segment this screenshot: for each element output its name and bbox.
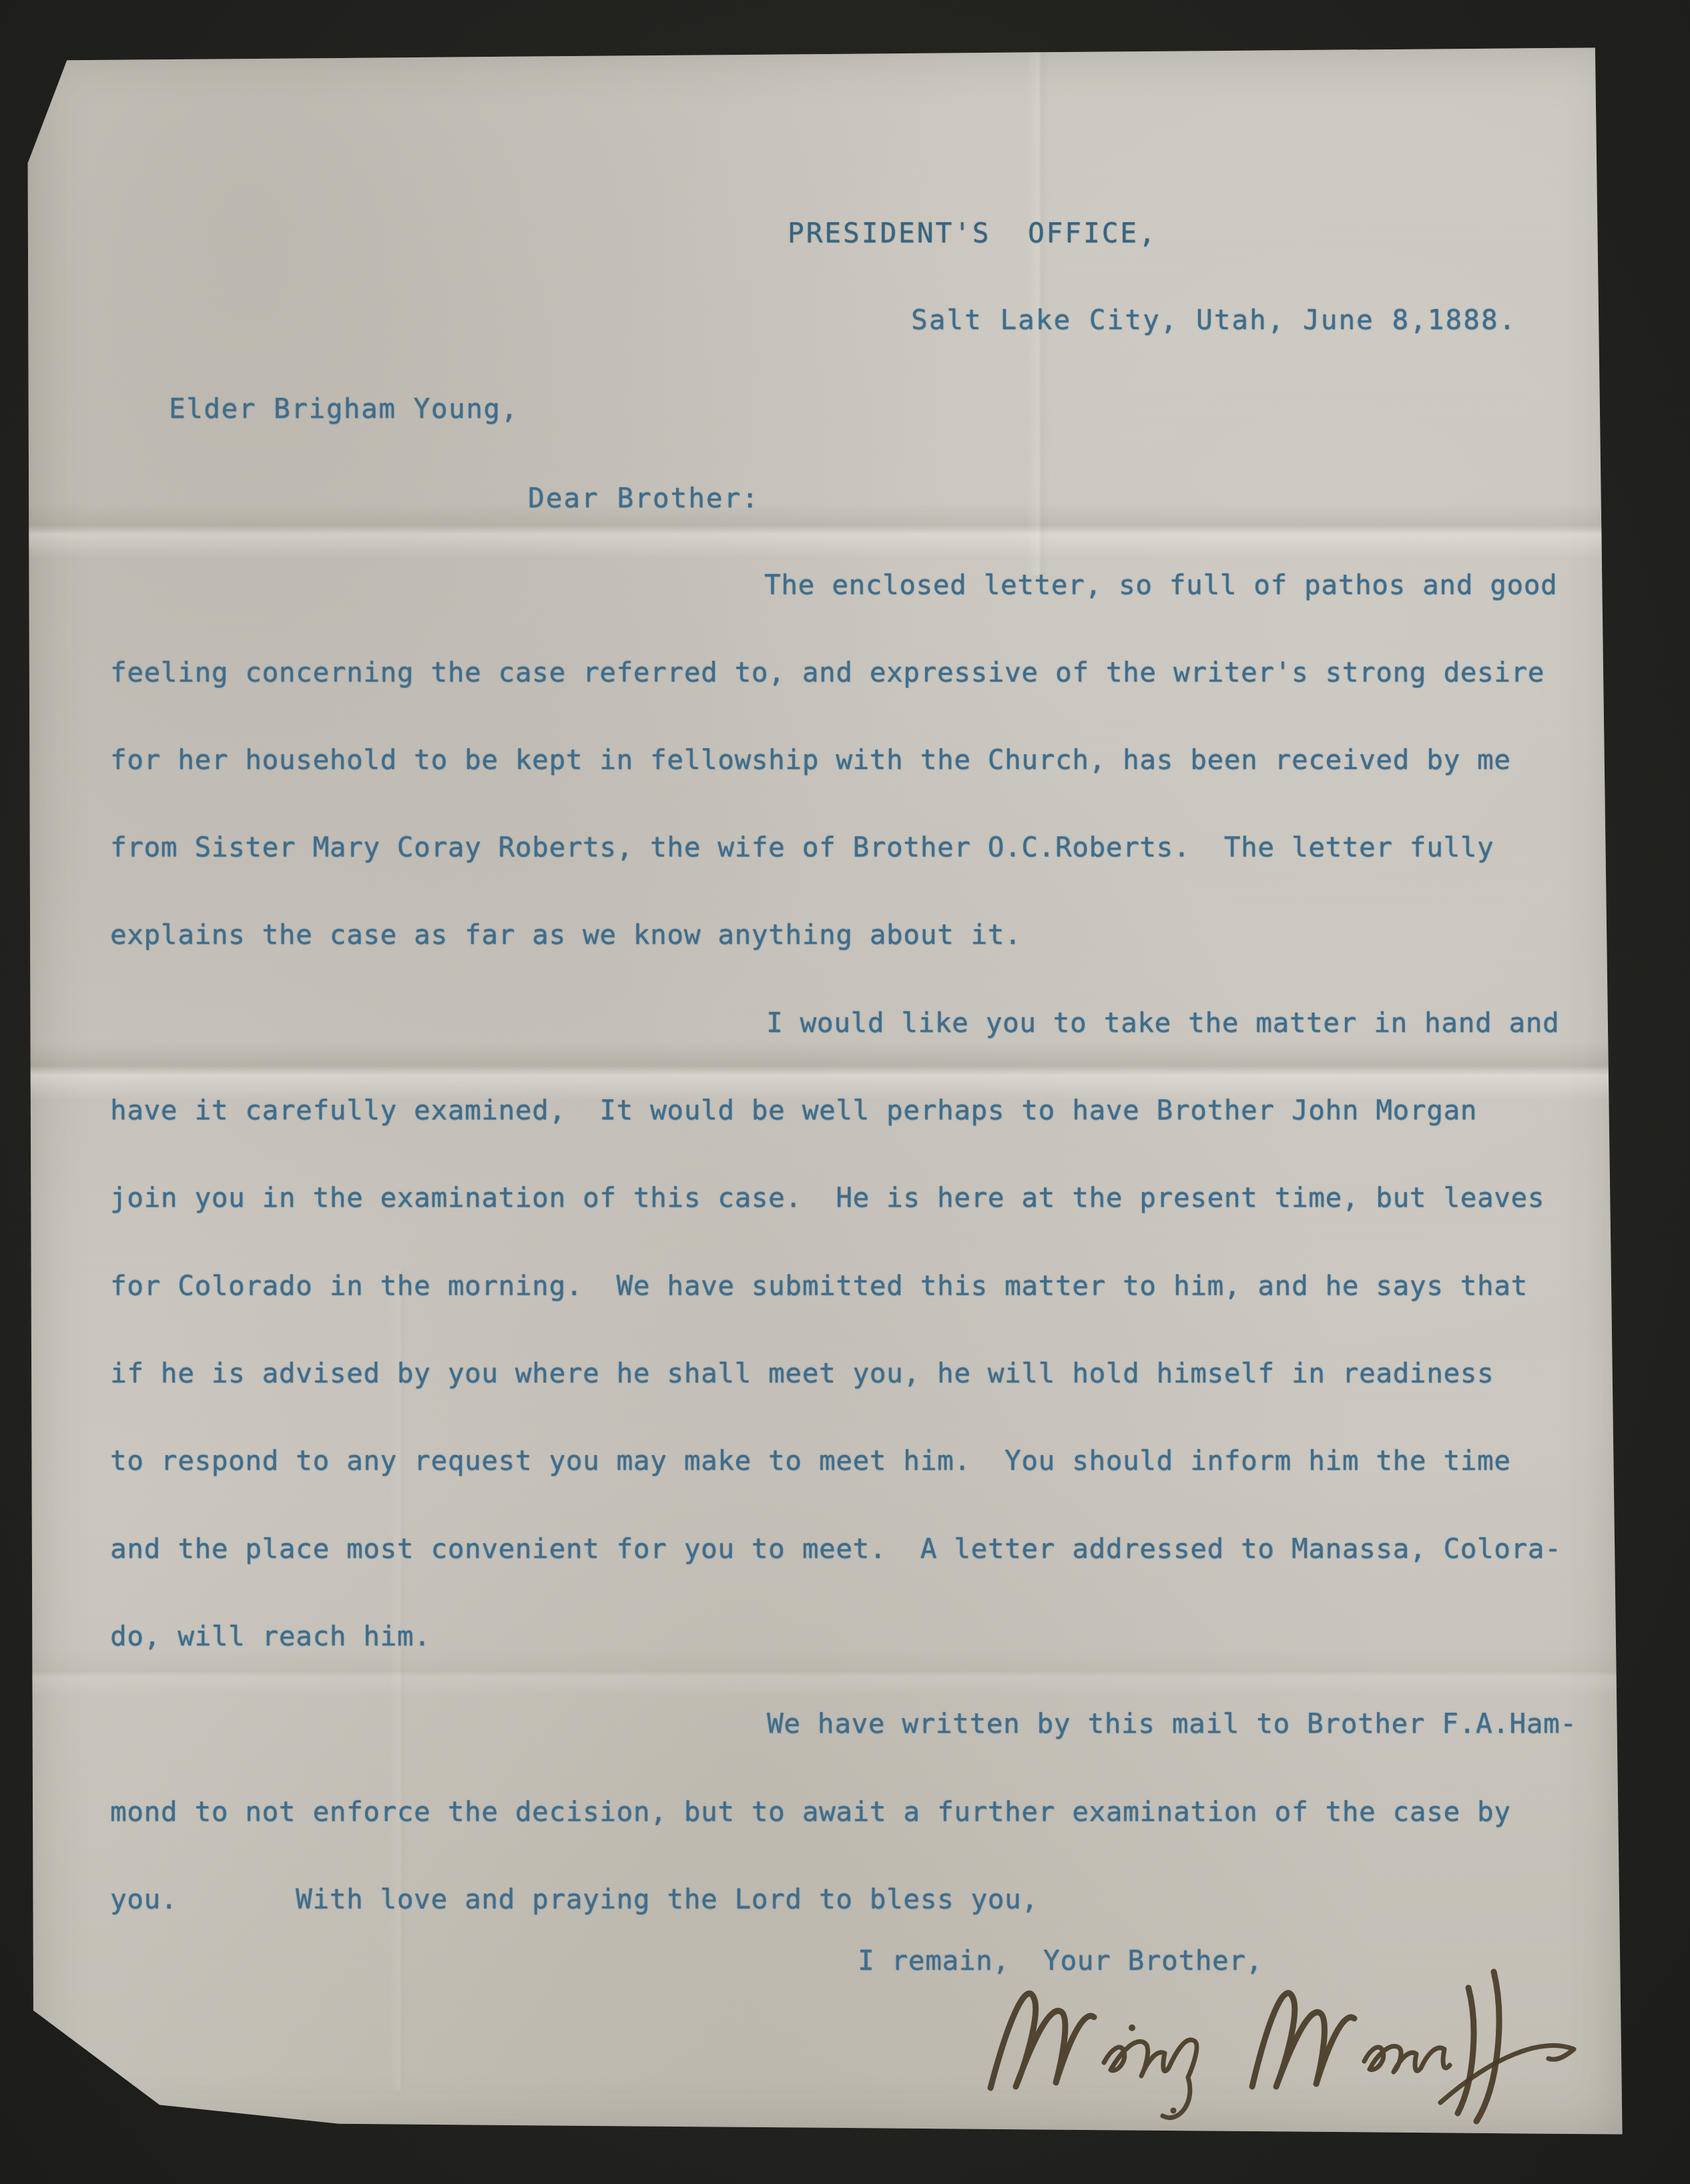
paper-fold-crease <box>25 1650 1624 1697</box>
recipient-line: Elder Brigham Young, <box>169 392 519 425</box>
body-line: join you in the examination of this case… <box>110 1181 1544 1213</box>
body-line: for Colorado in the morning. We have sub… <box>110 1270 1528 1302</box>
date-line: Salt Lake City, Utah, June 8,1888. <box>911 304 1516 336</box>
paper-fold-crease <box>25 1043 1624 1100</box>
body-line: from Sister Mary Coray Roberts, the wife… <box>110 831 1494 863</box>
body-line: you. With love and praying the Lord to b… <box>110 1883 1039 1915</box>
body-line: feeling concerning the case referred to,… <box>110 656 1544 688</box>
salutation-line: Dear Brother: <box>528 482 760 514</box>
body-line: explains the case as far as we know anyt… <box>110 918 1021 950</box>
paper-vertical-crease <box>389 1270 409 2091</box>
body-line: for her household to be kept in fellowsh… <box>110 744 1511 776</box>
body-line: We have written by this mail to Brother … <box>767 1707 1577 1739</box>
signature-wilford-woodruff <box>972 1942 1593 2136</box>
body-line: do, will reach him. <box>110 1620 431 1652</box>
letter-paper: PRESIDENT'S OFFICE, Salt Lake City, Utah… <box>25 41 1624 2141</box>
body-line: to respond to any request you may make t… <box>110 1444 1511 1476</box>
body-line: I would like you to take the matter in h… <box>766 1007 1559 1039</box>
paper-fold-crease <box>25 502 1624 558</box>
office-heading: PRESIDENT'S OFFICE, <box>788 217 1157 249</box>
body-line: and the place most convenient for you to… <box>110 1533 1561 1565</box>
body-line: have it carefully examined, It would be … <box>110 1094 1477 1126</box>
body-line: mond to not enforce the decision, but to… <box>110 1796 1511 1828</box>
body-line: The enclosed letter, so full of pathos a… <box>764 569 1557 601</box>
body-line: if he is advised by you where he shall m… <box>110 1357 1494 1389</box>
photo-background: PRESIDENT'S OFFICE, Salt Lake City, Utah… <box>0 0 1690 2184</box>
